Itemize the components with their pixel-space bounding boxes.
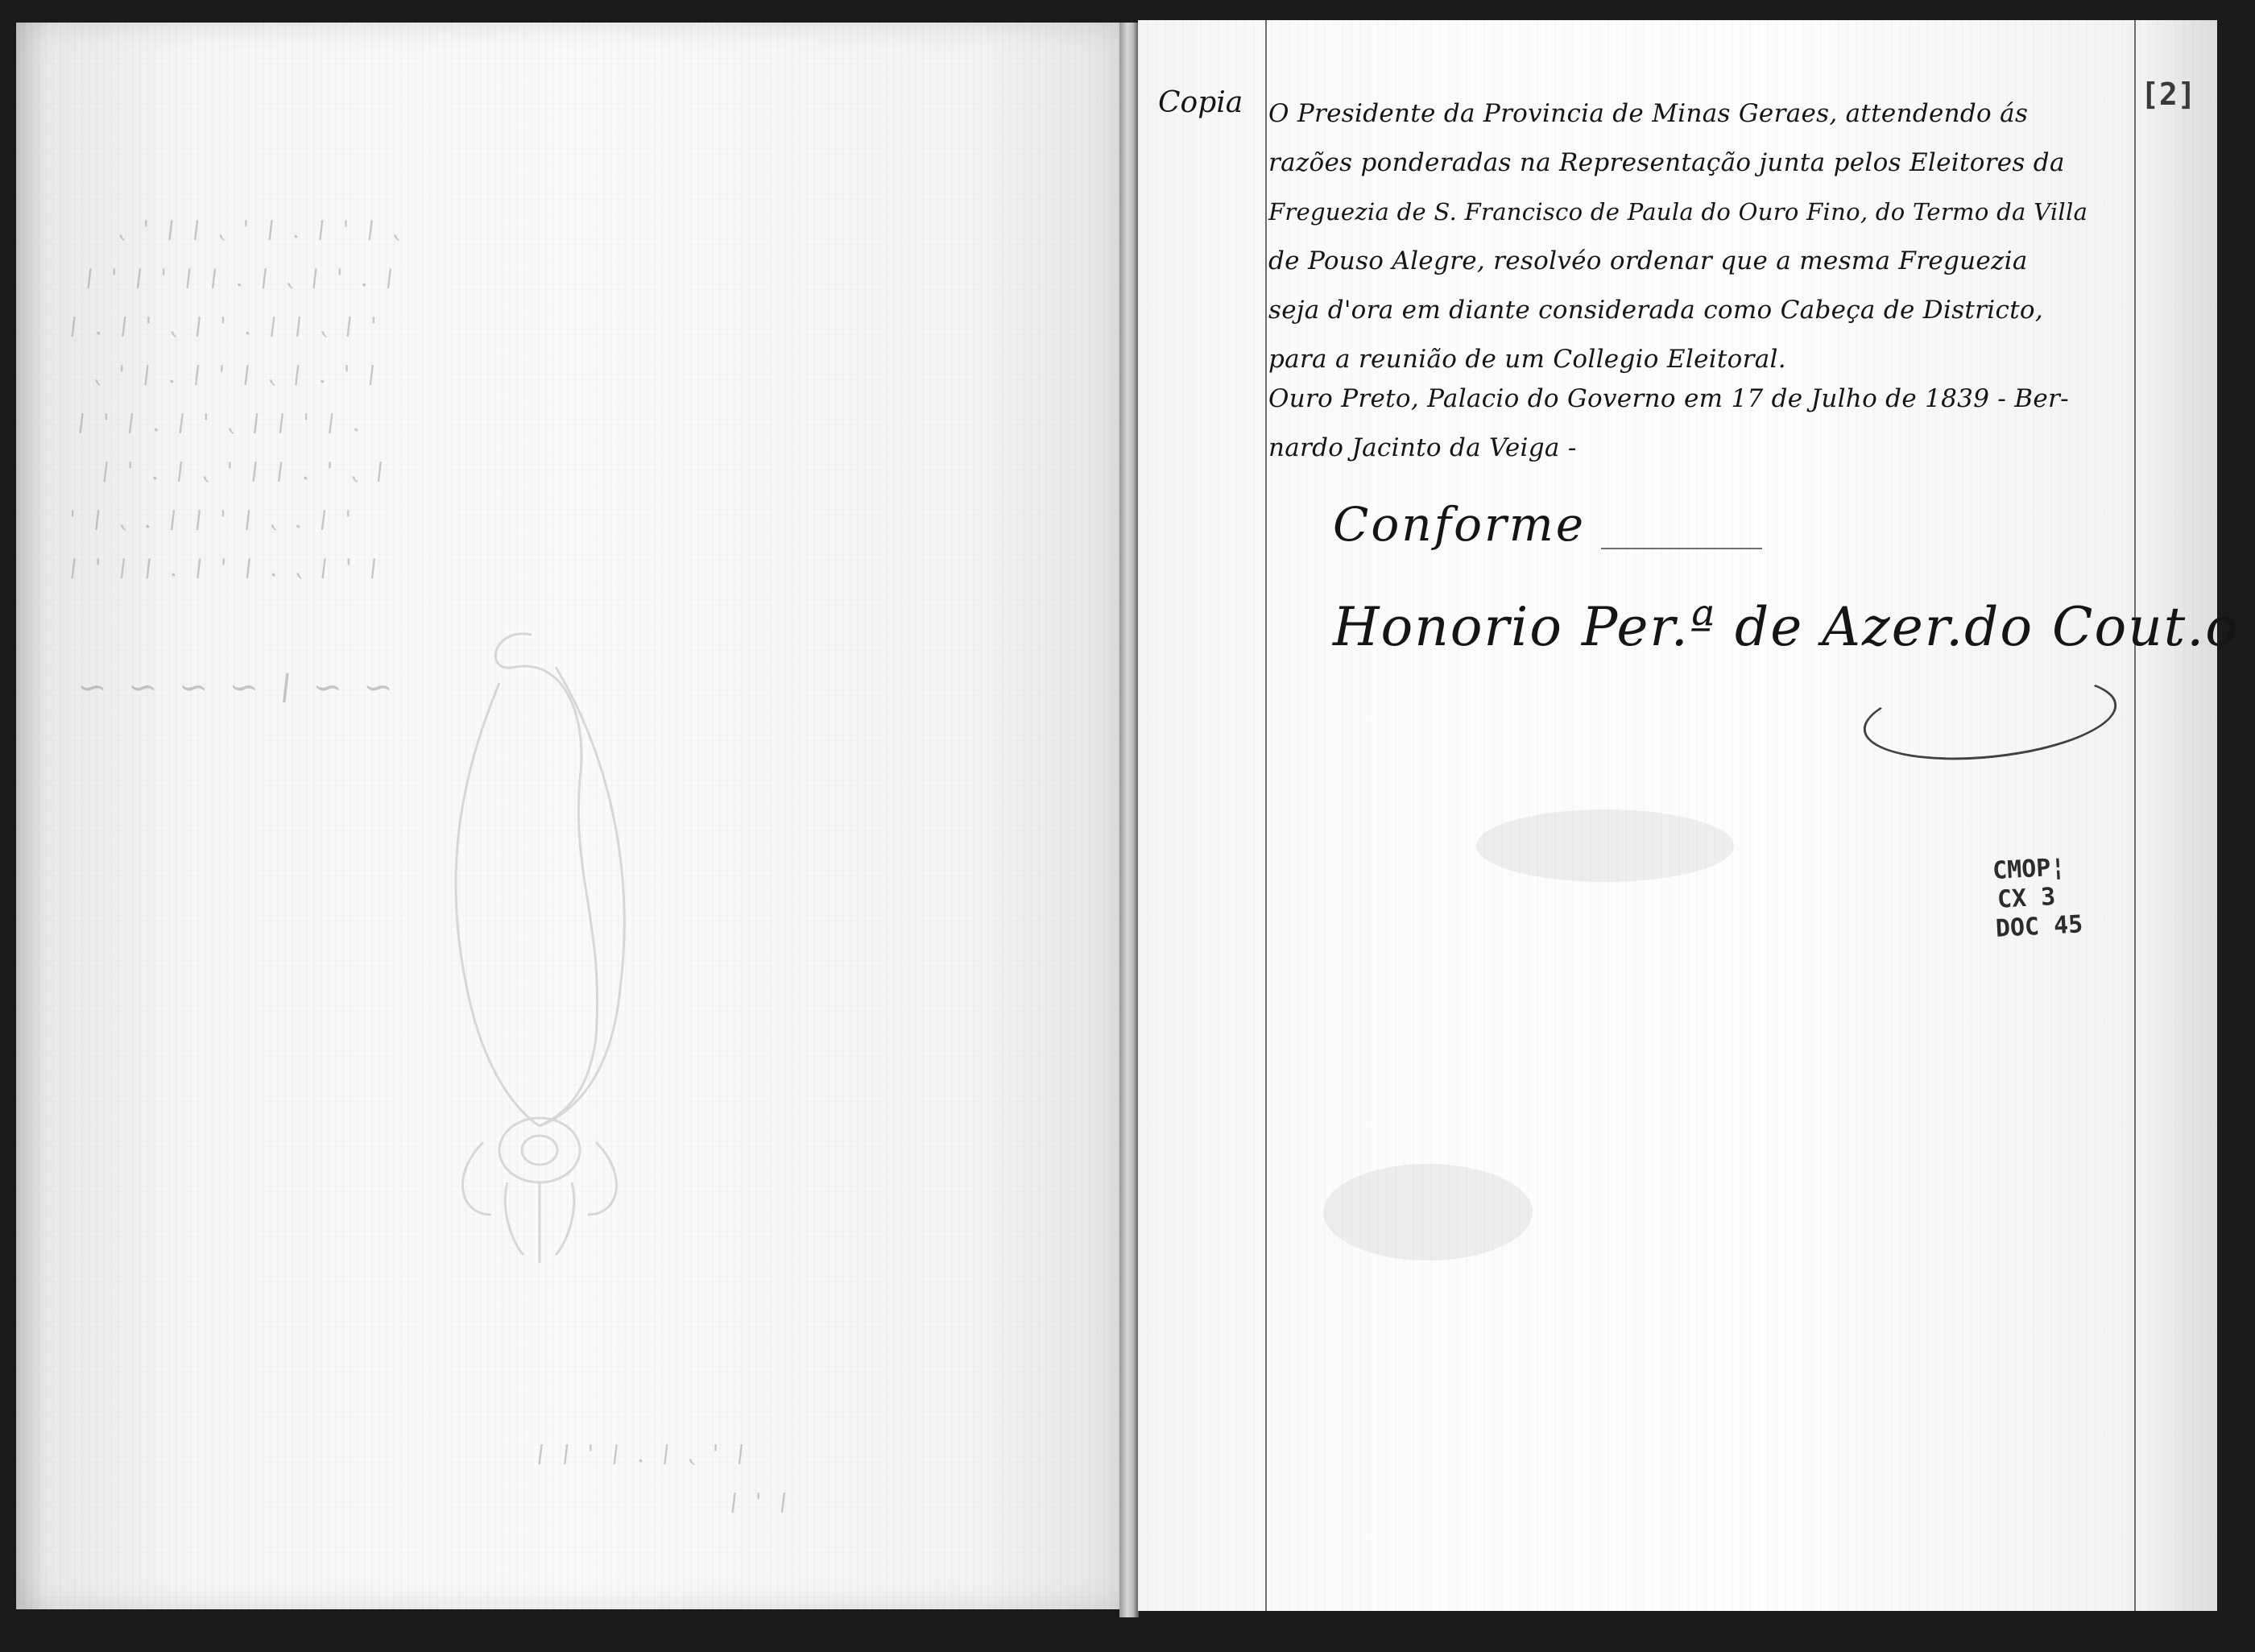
bleed-through-line: ' \ , \ \ . ' \ , ' \ . \: [64, 313, 377, 341]
body-line: nardo Jacinto da Veiga -: [1252, 424, 2162, 473]
bleed-through-line: \ ' \: [725, 1488, 788, 1517]
official-signature: Honorio Per.ª de Azer.do Cout.o: [1333, 596, 2239, 658]
bleed-through-signature: ~ ~ \ ~ ~ ~ ~: [72, 667, 393, 708]
archive-reference-stamp: CMOP¦ CX 3 DOC 45: [1992, 851, 2116, 944]
bleed-through-line: \ ' . \ , \ ' \ . \ ' ,: [89, 361, 375, 389]
bleed-through-line: ' \ . , \ ' \ \ . , \ ': [64, 506, 351, 534]
paper-stain: [1323, 1164, 1533, 1261]
bleed-through-line: , \ ' \ . \ ' , \ \ ' ,: [113, 216, 399, 244]
margin-note-copia: Copia: [1158, 86, 1243, 119]
left-page: , \ ' \ . \ ' , \ \ ' , \ . ' \ , \ . \ …: [16, 23, 1123, 1609]
body-line: razões ponderadas na Representação junta…: [1252, 139, 2162, 188]
bleed-through-line: \ . ' \ , \ . \ \ ' \ ' \: [81, 264, 394, 292]
body-line: O Presidente da Provincia de Minas Gerae…: [1252, 89, 2162, 139]
paper-stain: [1476, 809, 1734, 882]
scan-frame: , \ ' \ . \ ' , \ \ ' , \ . ' \ , \ . \ …: [0, 0, 2255, 1652]
attestation-conforme: Conforme: [1333, 497, 1586, 552]
book-gutter: [1119, 23, 1139, 1617]
bleed-through-line: . \ ' \ \ , ' \ . \ ' \: [72, 409, 360, 437]
bleed-through-line: \ , ' . \ \ ' , \ . ' \: [97, 458, 383, 486]
body-line: Ouro Preto, Palacio do Governo em 17 de …: [1252, 375, 2162, 424]
bleed-through-line: \ ' \ , . \ ' \ . \ \ ' \: [64, 554, 378, 582]
document-body: O Presidente da Provincia de Minas Gerae…: [1252, 89, 2162, 473]
ornamental-watermark-icon: [395, 619, 685, 1263]
body-line: Freguezia de S. Francisco de Paula do Ou…: [1252, 188, 2162, 237]
body-line: seja d'ora em diante considerada como Ca…: [1252, 286, 2162, 335]
body-line: de Pouso Alegre, resolvéo ordenar que a …: [1252, 237, 2162, 286]
bleed-through-line: \ ' , \ . \ ' \ \: [532, 1440, 744, 1468]
right-page: Copia [2] O Presidente da Provincia de M…: [1138, 20, 2217, 1611]
conforme-underline: [1601, 548, 1762, 549]
